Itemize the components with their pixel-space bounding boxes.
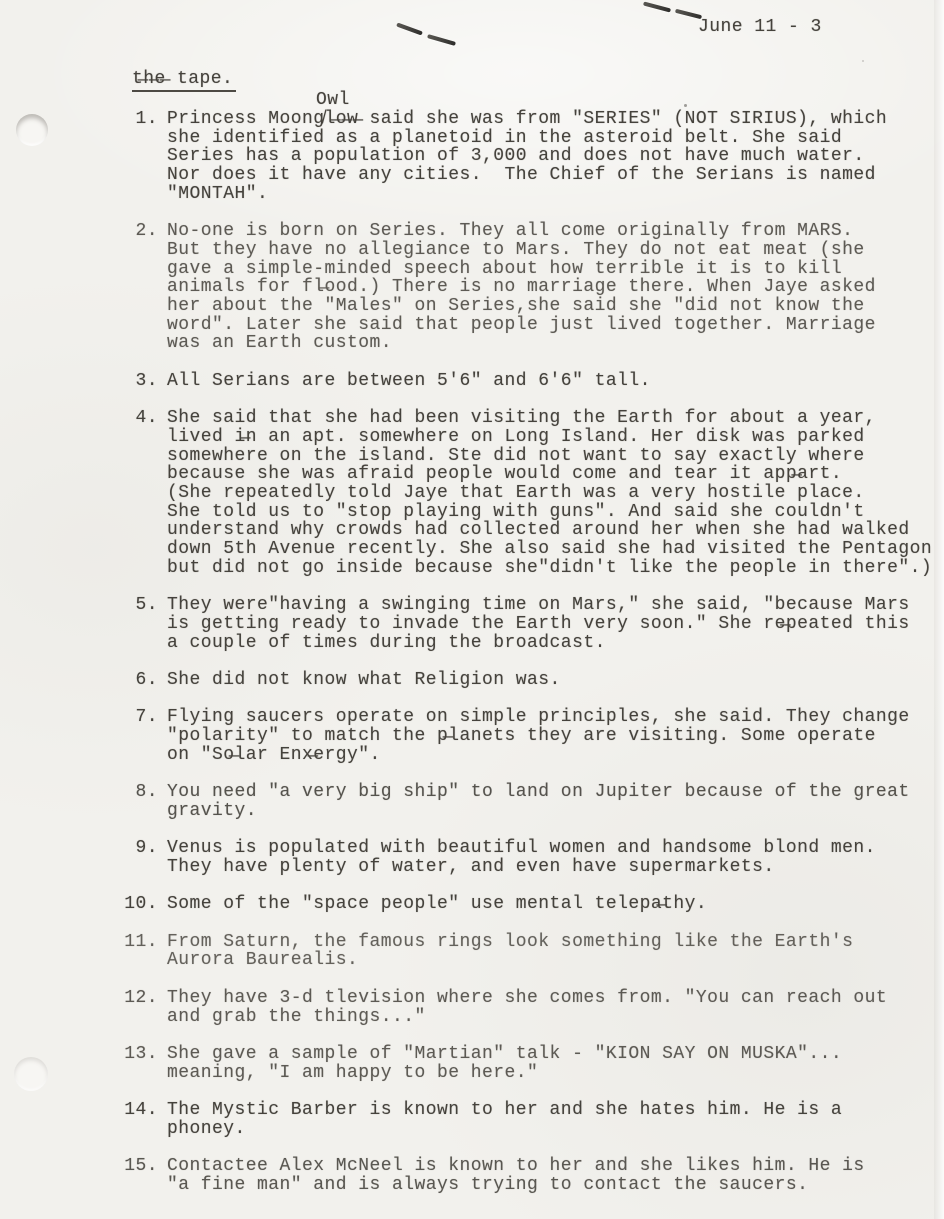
- item-text: No-one is born on Series. They all come …: [167, 222, 876, 353]
- staple-mark-icon: [427, 34, 456, 46]
- item-number: 8.: [0, 783, 158, 820]
- item-number: 5.: [0, 596, 158, 652]
- item-number: 11.: [0, 933, 158, 970]
- item-text: Some of the "space people" use mental te…: [167, 895, 707, 914]
- item-number: 15.: [0, 1157, 158, 1194]
- list-item: 9.Venus is populated with beautiful wome…: [0, 839, 944, 876]
- scanned-typewritten-page: June 11 - 3 t̶h̶e̶ tape. Owl 1.Princess …: [0, 0, 944, 1219]
- list-item: 8.You need "a very big ship" to land on …: [0, 783, 944, 820]
- staple-mark-icon: [396, 23, 423, 36]
- ink-speck: [862, 60, 864, 62]
- item-text: They were"having a swinging time on Mars…: [167, 596, 910, 652]
- list-item: 15.Contactee Alex McNeel is known to her…: [0, 1157, 944, 1194]
- list-item: 7.Flying saucers operate on simple princ…: [0, 708, 944, 764]
- staple-mark-icon: [643, 1, 671, 12]
- item-number: 3.: [0, 372, 158, 391]
- paper-edge: [934, 0, 944, 1219]
- list-item: 10.Some of the "space people" use mental…: [0, 895, 944, 914]
- list-item: 4.She said that she had been visiting th…: [0, 409, 944, 577]
- item-number: 2.: [0, 222, 158, 353]
- list-item: 11.From Saturn, the famous rings look so…: [0, 933, 944, 970]
- list-item: 6.She did not know what Religion was.: [0, 671, 944, 690]
- item-text: She gave a sample of "Martian" talk - "K…: [167, 1045, 842, 1082]
- item-number: 6.: [0, 671, 158, 690]
- item-number: 10.: [0, 895, 158, 914]
- item-text: You need "a very big ship" to land on Ju…: [167, 783, 910, 820]
- ink-speck: [684, 104, 687, 107]
- item-number: 13.: [0, 1045, 158, 1082]
- list-item: 2.No-one is born on Series. They all com…: [0, 222, 944, 353]
- list-item: 5.They were"having a swinging time on Ma…: [0, 596, 944, 652]
- item-text: All Serians are between 5'6" and 6'6" ta…: [167, 372, 651, 391]
- item-number: 4.: [0, 409, 158, 577]
- page-date: June 11 - 3: [698, 18, 822, 37]
- item-number: 7.: [0, 708, 158, 764]
- list-item: 13.She gave a sample of "Martian" talk -…: [0, 1045, 944, 1082]
- item-text: Contactee Alex McNeel is known to her an…: [167, 1157, 865, 1194]
- list-item: 1.Princess Moong̸l̶o̶w̶ said she was fro…: [0, 110, 944, 204]
- list-item: 14.The Mystic Barber is known to her and…: [0, 1101, 944, 1138]
- item-text: She did not know what Religion was.: [167, 671, 561, 690]
- item-text: Venus is populated with beautiful women …: [167, 839, 876, 876]
- item-text: Princess Moong̸l̶o̶w̶ said she was from …: [167, 110, 887, 204]
- item-text: From Saturn, the famous rings look somet…: [167, 933, 853, 970]
- item-number: 12.: [0, 989, 158, 1026]
- list-item: 12.They have 3-d tlevision where she com…: [0, 989, 944, 1026]
- item-text: They have 3-d tlevision where she comes …: [167, 989, 887, 1026]
- intro-phrase: t̶h̶e̶ tape.: [132, 70, 236, 92]
- inserted-correction-word: Owl: [316, 91, 350, 110]
- item-text: The Mystic Barber is known to her and sh…: [167, 1101, 842, 1138]
- item-number: 14.: [0, 1101, 158, 1138]
- numbered-list: 1.Princess Moong̸l̶o̶w̶ said she was fro…: [0, 110, 944, 1213]
- item-number: 1.: [0, 110, 158, 204]
- list-item: 3.All Serians are between 5'6" and 6'6" …: [0, 372, 944, 391]
- item-text: Flying saucers operate on simple princip…: [167, 708, 910, 764]
- item-number: 9.: [0, 839, 158, 876]
- item-text: She said that she had been visiting the …: [167, 409, 932, 577]
